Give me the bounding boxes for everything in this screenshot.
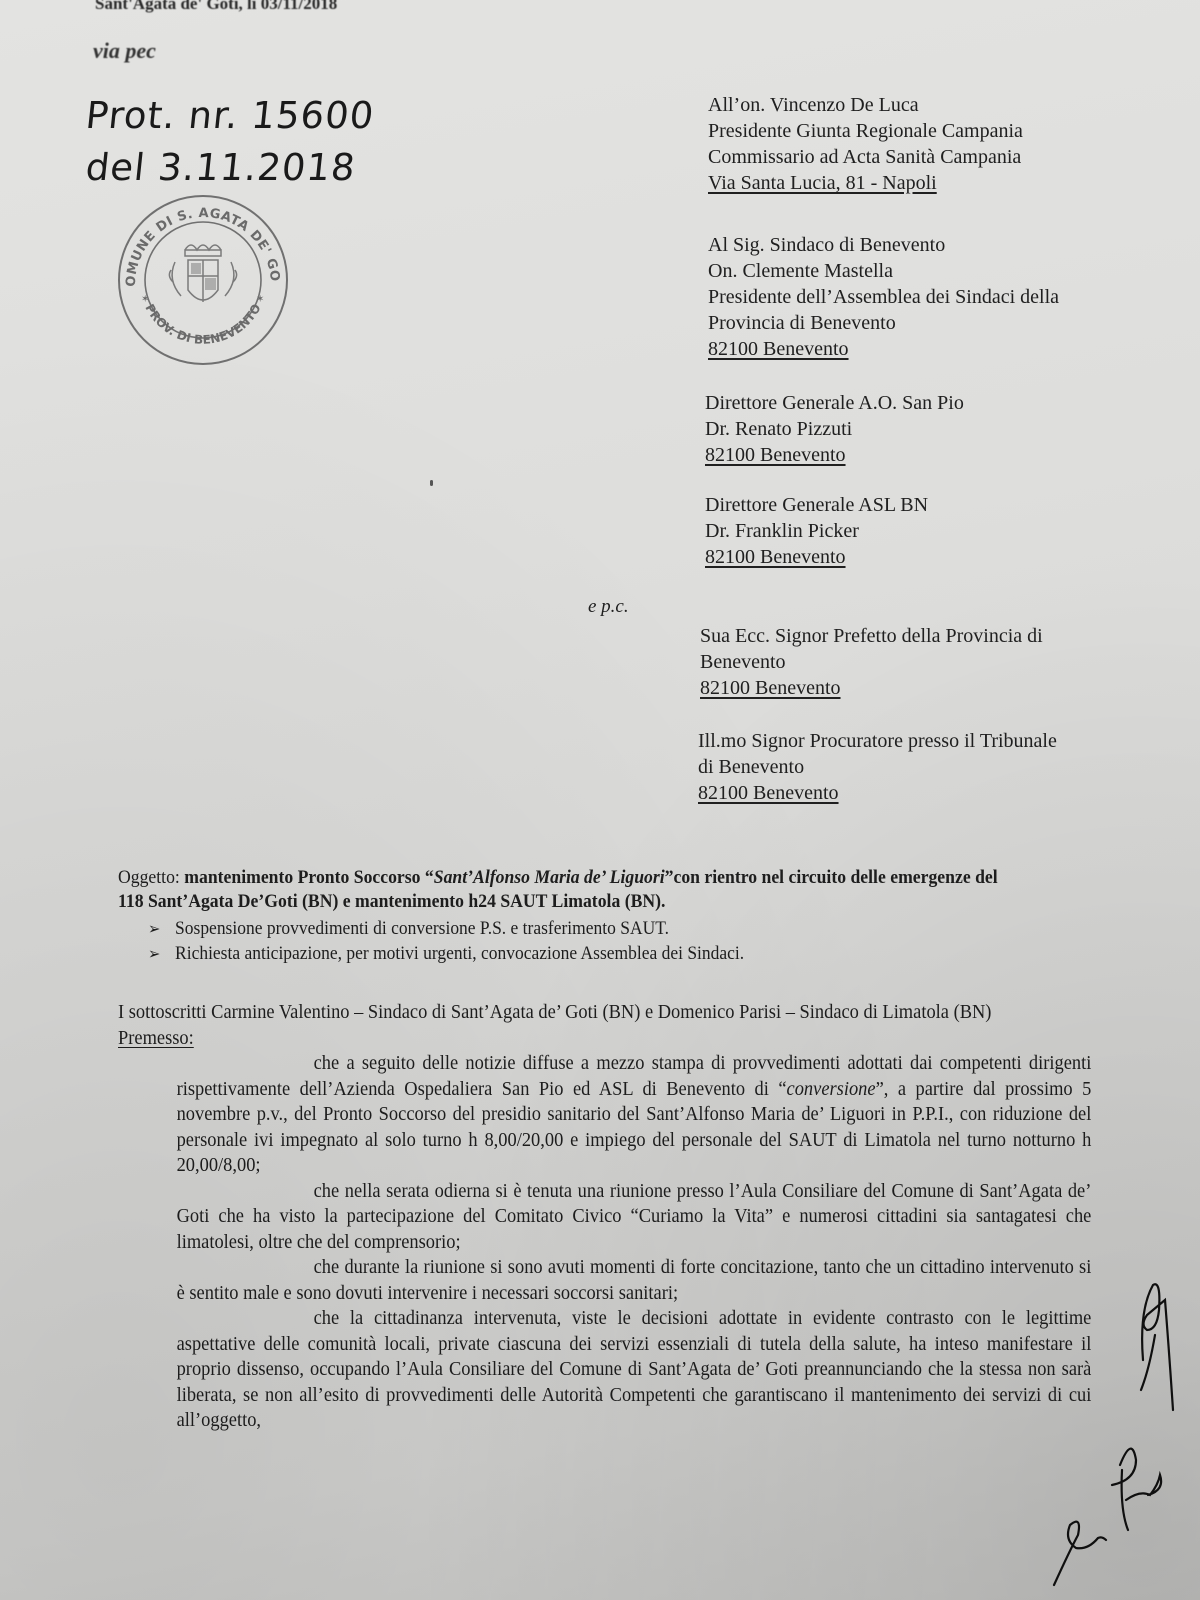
recipient-line: Commissario ad Acta Sanità Campania	[708, 144, 1023, 170]
premesso-heading: Premesso:	[118, 1028, 194, 1049]
premise-paragraph-3: che durante la riunione si sono avuti mo…	[177, 1255, 1092, 1306]
cc-recipient-block: Sua Ecc. Signor Prefetto della Provincia…	[700, 623, 1043, 701]
arrow-bullet-icon: ➢	[148, 916, 160, 941]
recipient-address: 82100 Benevento	[708, 336, 1059, 362]
speck-mark	[430, 480, 433, 486]
scanned-letter-page: Sant'Agata de' Goti, lì 03/11/2018 via p…	[0, 0, 1200, 1600]
svg-text:PROV. DI BENEVENTO: PROV. DI BENEVENTO	[142, 302, 263, 347]
premise-paragraph-1: che a seguito delle notizie diffuse a me…	[177, 1051, 1092, 1179]
letter-body: I sottoscritti Carmine Valentino – Sinda…	[118, 1000, 1091, 1434]
recipient-address: 82100 Benevento	[705, 442, 964, 468]
recipient-block: Direttore Generale A.O. San Pio Dr. Rena…	[705, 390, 964, 468]
bullet-item: ➢ Sospensione provvedimenti di conversio…	[148, 916, 744, 941]
recipient-line: Presidente dell’Assemblea dei Sindaci de…	[708, 284, 1059, 310]
intro-paragraph: I sottoscritti Carmine Valentino – Sinda…	[118, 1000, 1091, 1026]
recipient-line: Ill.mo Signor Procuratore presso il Trib…	[698, 728, 1057, 754]
recipient-address: Via Santa Lucia, 81 - Napoli	[708, 170, 1023, 196]
recipient-line: Al Sig. Sindaco di Benevento	[708, 232, 1059, 258]
signature-mark-1-icon	[1135, 1280, 1180, 1420]
subject-text-1: mantenimento Pronto Soccorso “	[184, 867, 433, 888]
recipient-line: Sua Ecc. Signor Prefetto della Provincia…	[700, 623, 1043, 649]
recipient-line: Direttore Generale A.O. San Pio	[705, 390, 964, 416]
subject-hospital-name: Sant’Alfonso Maria de’ Liguori	[434, 867, 665, 888]
premise-paragraph-4: che la cittadinanza intervenuta, viste l…	[177, 1306, 1092, 1434]
via-pec-label: via pec	[93, 38, 156, 64]
recipient-line: All’on. Vincenzo De Luca	[708, 92, 1023, 118]
subject-label: Oggetto:	[118, 867, 180, 888]
cc-recipient-block: Ill.mo Signor Procuratore presso il Trib…	[698, 728, 1057, 806]
recipient-line: Provincia di Benevento	[708, 310, 1059, 336]
subject-line: Oggetto: mantenimento Pronto Soccorso “S…	[118, 866, 1020, 914]
handwritten-protocol-date: del 3.11.2018	[84, 146, 358, 189]
recipient-block: All’on. Vincenzo De Luca Presidente Giun…	[708, 92, 1023, 196]
recipient-address: 82100 Benevento	[698, 780, 1057, 806]
place-date: Sant'Agata de' Goti, lì 03/11/2018	[95, 0, 337, 14]
recipient-block: Direttore Generale ASL BN Dr. Franklin P…	[705, 492, 928, 570]
cc-label: e p.c.	[588, 596, 629, 618]
bullet-text: Sospensione provvedimenti di conversione…	[175, 916, 669, 941]
recipient-line: Benevento	[700, 649, 1043, 675]
recipient-line: Dr. Franklin Picker	[705, 518, 928, 544]
recipient-address: 82100 Benevento	[700, 675, 1043, 701]
signature-mark-2-icon	[1040, 1440, 1170, 1590]
svg-text:✶: ✶	[256, 294, 264, 305]
bullet-item: ➢ Richiesta anticipazione, per motivi ur…	[148, 941, 744, 966]
recipient-line: On. Clemente Mastella	[708, 258, 1059, 284]
recipient-line: di Benevento	[698, 754, 1057, 780]
premise-paragraph-2: che nella serata odierna si è tenuta una…	[177, 1179, 1092, 1256]
recipient-line: Direttore Generale ASL BN	[705, 492, 928, 518]
recipient-line: Presidente Giunta Regionale Campania	[708, 118, 1023, 144]
subject-bullets: ➢ Sospensione provvedimenti di conversio…	[148, 916, 744, 966]
arrow-bullet-icon: ➢	[148, 941, 160, 966]
bullet-text: Richiesta anticipazione, per motivi urge…	[175, 941, 744, 966]
recipient-block: Al Sig. Sindaco di Benevento On. Clement…	[708, 232, 1059, 362]
handwritten-protocol-number: Prot. nr. 15600	[84, 94, 377, 137]
recipient-address: 82100 Benevento	[705, 544, 928, 570]
svg-text:✶: ✶	[141, 294, 149, 305]
recipient-line: Dr. Renato Pizzuti	[705, 416, 964, 442]
municipal-stamp-icon: COMUNE DI S. AGATA DE' GOTI PROV. DI BEN…	[113, 190, 293, 370]
